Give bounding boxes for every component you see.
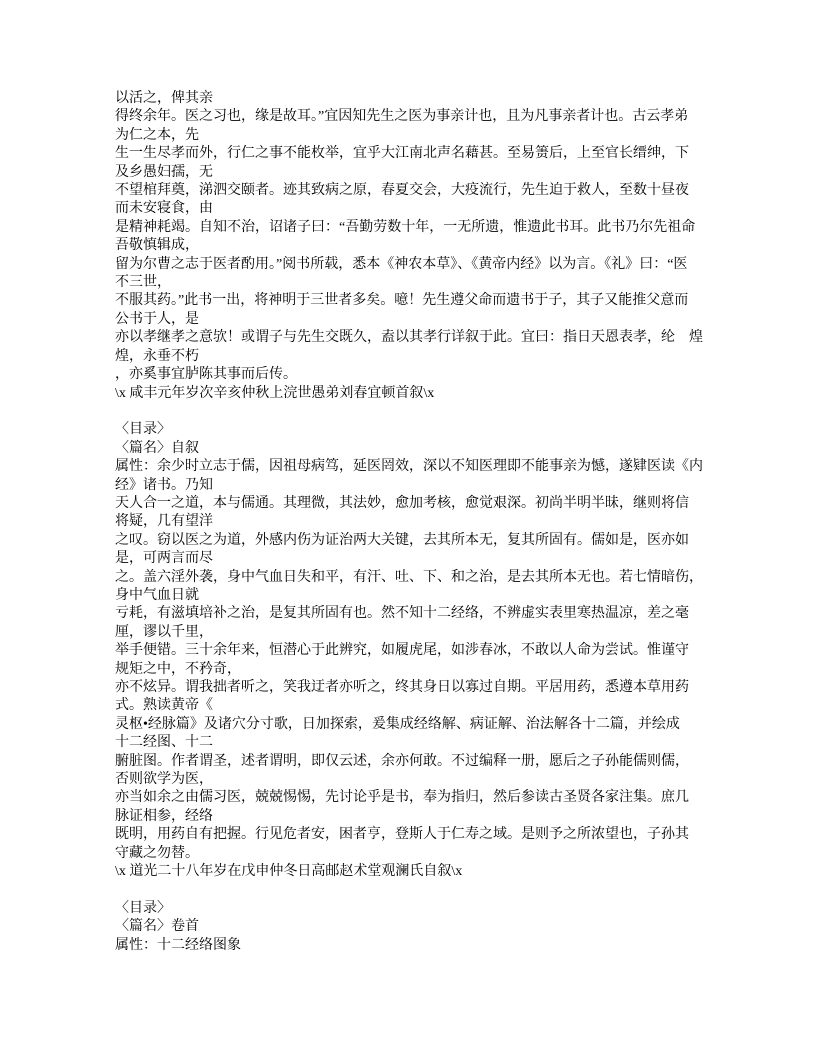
text-line: 既明，用药自有把握。行见危者安，困者亨，登斯人于仁寿之域。是则予之所浓望也，子孙…	[115, 826, 755, 844]
text-line: 将疑，几有望洋	[115, 513, 755, 531]
text-line: 亦以孝继孝之意欤！或谓子与先生交既久，盍以其孝行详叙于此。宜曰：指日天恩表孝，纶…	[115, 329, 755, 347]
text-line: 是，可两言而尽	[115, 550, 755, 568]
text-line: 举手便错。三十余年来，恒潜心于此辨究，如履虎尾，如涉春冰，不敢以人命为尝试。惟谨…	[115, 642, 755, 660]
text-line: 式。熟读黄帝《	[115, 697, 755, 715]
text-line: 不望棺拜奠，涕泗交颐者。迹其致病之原，春夏交会，大疫流行，先生迫于救人，至数十昼…	[115, 182, 755, 200]
text-line: 之叹。窃以医之为道，外感内伤为证治两大关键，去其所本无，复其所固有。儒如是，医亦…	[115, 532, 755, 550]
text-line: 及乡愚妇孺，无	[115, 164, 755, 182]
text-line: 脉证相参，经络	[115, 808, 755, 826]
text-line: 不三世，	[115, 274, 755, 292]
text-line: 灵枢•经脉篇》及诸穴分寸歌，日加探索，爰集成经络解、病证解、治法解各十二篇，并绘…	[115, 716, 755, 734]
text-line: 生一生尽孝而外，行仁之事不能枚举，宜乎大江南北声名藉甚。至易箦后，上至官长缙绅，…	[115, 145, 755, 163]
text-line: 经》诸书。乃知	[115, 477, 755, 495]
text-line: 否则欲学为医，	[115, 771, 755, 789]
text-line: ，亦奚事宜胪陈其事而后传。	[115, 366, 755, 384]
text-line: 公书于人，是	[115, 311, 755, 329]
text-line: 吾敬慎辑成，	[115, 237, 755, 255]
text-line: 煌，永垂不朽	[115, 348, 755, 366]
document-page: 以活之，俾其亲得终余年。医之习也，缘是故耳。”宜因知先生之医为事亲计也，且为凡事…	[0, 0, 816, 1056]
text-line: 身中气血日就	[115, 587, 755, 605]
text-line: 〈目录〉	[115, 421, 755, 439]
text-line: 属性：余少时立志于儒，因祖母病笃，延医罔效，深以不知医理即不能事亲为憾，遂肄医读…	[115, 458, 755, 476]
text-line: 是精神耗竭。自知不治，诏诸子曰：“吾勤劳数十年，一无所遗，惟遗此书耳。此书乃尔先…	[115, 219, 755, 237]
document-text-body: 以活之，俾其亲得终余年。医之习也，缘是故耳。”宜因知先生之医为事亲计也，且为凡事…	[115, 90, 755, 955]
text-line: 为仁之本，先	[115, 127, 755, 145]
text-line: 属性：十二经络图象	[115, 937, 755, 955]
text-line: 留为尔曹之志于医者酌用。”阅书所载，悉本《神农本草》、《黄帝内经》以为言。《礼》…	[115, 256, 755, 274]
text-line: 以活之，俾其亲	[115, 90, 755, 108]
text-line: 天人合一之道，本与儒通。其理微，其法妙，愈加考核，愈觉艰深。初尚半明半昧，继则将…	[115, 495, 755, 513]
text-line: 而未安寝食，由	[115, 200, 755, 218]
text-line: 得终余年。医之习也，缘是故耳。”宜因知先生之医为事亲计也，且为凡事亲者计也。古云…	[115, 108, 755, 126]
text-line: 之。盖六淫外袭，身中气血日失和平，有汗、吐、下、和之治，是去其所本无也。若七情暗…	[115, 569, 755, 587]
text-line: 不服其药。”此书一出，将神明于三世者多矣。噫！先生遵父命而遗书于子，其子又能推父…	[115, 292, 755, 310]
text-line: 〈目录〉	[115, 900, 755, 918]
text-line: \x 咸丰元年岁次辛亥仲秋上浣世愚弟刘春宜顿首叙\x	[115, 385, 755, 403]
text-line: 亦当如余之由儒习医，兢兢惕惕，先讨论乎是书，奉为指归，然后参读古圣贤各家注集。庶…	[115, 789, 755, 807]
text-line: 亦不炫异。谓我拙者听之，笑我迂者亦听之，终其身日以寡过自期。平居用药，悉遵本草用…	[115, 679, 755, 697]
text-line: 〈篇名〉卷首	[115, 918, 755, 936]
text-line: \x 道光二十八年岁在戊申仲冬日高邮赵术堂观澜氏自叙\x	[115, 863, 755, 881]
text-line: 〈篇名〉自叙	[115, 440, 755, 458]
text-line: 腑脏图。作者谓圣，述者谓明，即仅云述，余亦何敢。不过编释一册，愿后之子孙能儒则儒…	[115, 753, 755, 771]
text-line: 守藏之勿替。	[115, 845, 755, 863]
blank-line	[115, 403, 755, 421]
text-line: 亏耗，有滋填培补之治，是复其所固有也。然不知十二经络，不辨虚实表里寒热温凉，差之…	[115, 605, 755, 623]
text-line: 厘，谬以千里，	[115, 624, 755, 642]
text-line: 规矩之中，不矜奇，	[115, 661, 755, 679]
blank-line	[115, 881, 755, 899]
text-line: 十二经图、十二	[115, 734, 755, 752]
